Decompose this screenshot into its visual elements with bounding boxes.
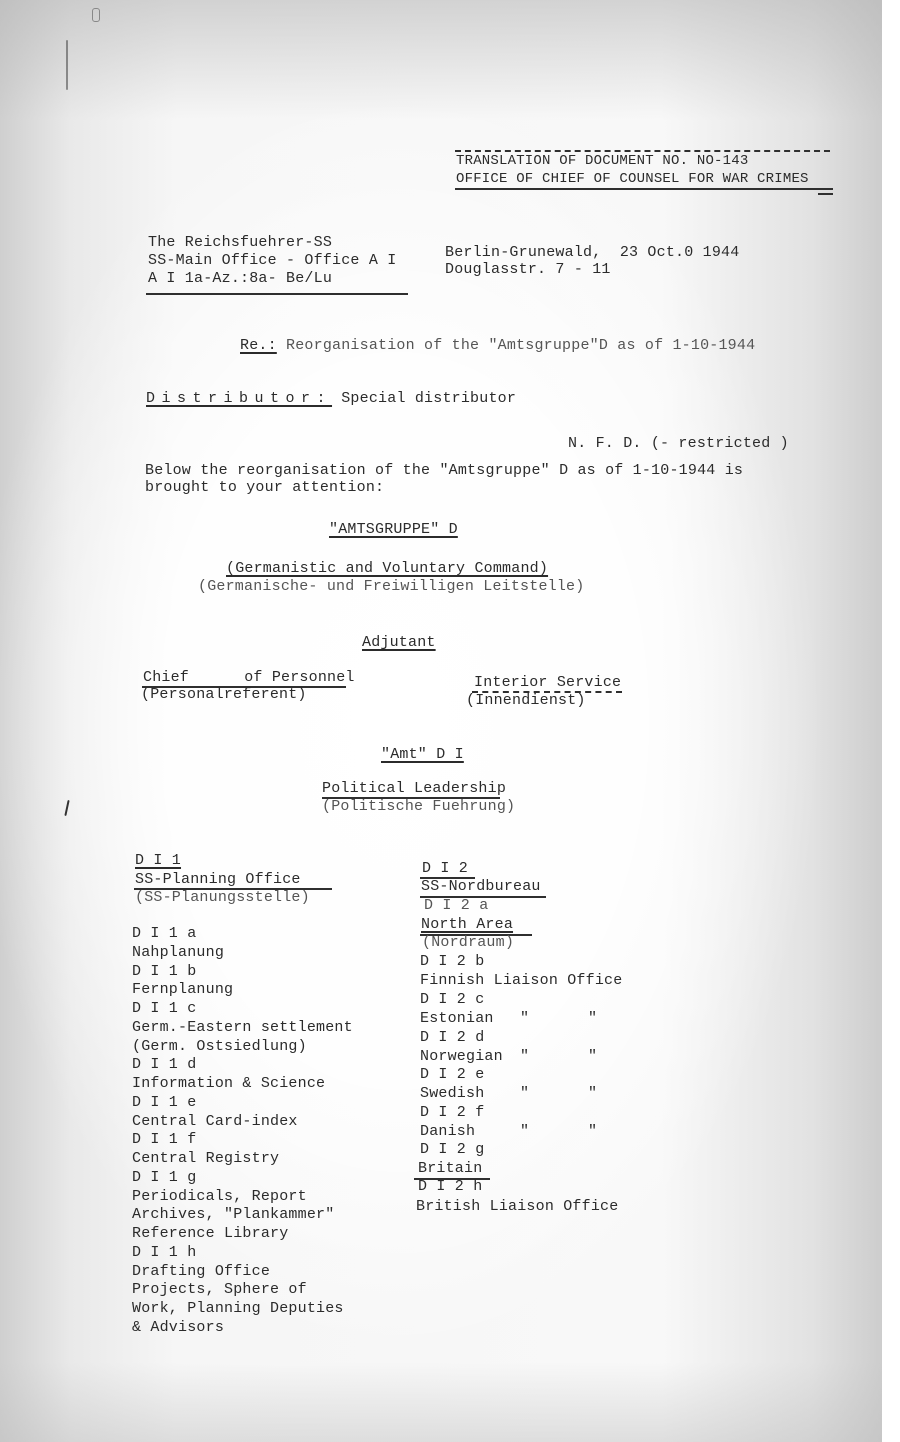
left-list-item: D I 1 c — [132, 1000, 196, 1018]
sender-line-1: The Reichsfuehrer-SS — [148, 234, 332, 252]
ditto-mark: " — [520, 1048, 529, 1066]
right-list-item: Danish — [420, 1123, 475, 1141]
left-list-item: Germ.-Eastern settlement — [132, 1019, 353, 1037]
left-list-item: Projects, Sphere of — [132, 1281, 307, 1299]
right-list-item: Norwegian — [420, 1048, 503, 1066]
sender-line-3: A I 1a-Az.:8a- Be/Lu — [148, 270, 332, 288]
ditto-mark: " — [588, 1123, 597, 1141]
left-list-item: (Germ. Ostsiedlung) — [132, 1038, 307, 1056]
right-head-code: D I 2 — [422, 860, 468, 878]
left-list-item: Central Card-index — [132, 1113, 298, 1131]
right-sub-code: D I 2 a — [424, 897, 488, 915]
left-list-item: D I 1 b — [132, 963, 196, 981]
left-list-item: D I 1 h — [132, 1244, 196, 1262]
stamp-bottom-rule — [455, 188, 833, 190]
right-sub-title: North Area — [421, 916, 513, 934]
ditto-mark: " — [520, 1010, 529, 1028]
left-list-item: D I 1 a — [132, 925, 196, 943]
left-list-item: Nahplanung — [132, 944, 224, 962]
punch-hole-mark — [92, 8, 100, 22]
stamp-tail-rule — [818, 193, 833, 195]
left-head-title: SS-Planning Office — [135, 871, 301, 889]
left-list-item: Fernplanung — [132, 981, 233, 999]
left-list-item: D I 1 e — [132, 1094, 196, 1112]
right-list-item: Swedish — [420, 1085, 484, 1103]
last-title: British Liaison Office — [416, 1198, 618, 1216]
britain-title: Britain — [418, 1160, 482, 1178]
left-list-item: & Advisors — [132, 1319, 224, 1337]
left-list-item: Reference Library — [132, 1225, 288, 1243]
last-code: D I 2 h — [418, 1178, 482, 1196]
classification: N. F. D. (- restricted ) — [568, 435, 789, 453]
distributor-line: Distributor: Special distributor — [146, 390, 516, 408]
place-date-line-1: Berlin-Grunewald, 23 Oct.0 1944 — [445, 244, 739, 262]
right-list-item: D I 2 f — [420, 1104, 484, 1122]
intro-line-2: brought to your attention: — [145, 479, 384, 497]
stamp-line-1: TRANSLATION OF DOCUMENT NO. NO-143 — [456, 152, 748, 170]
subject-line: Re.: Reorganisation of the "Amtsgruppe"D… — [240, 337, 755, 355]
amtsgruppe-subtitle-en: (Germanistic and Voluntary Command) — [226, 560, 548, 578]
britain-code: D I 2 g — [420, 1141, 484, 1159]
left-list-item: D I 1 g — [132, 1169, 196, 1187]
ditto-mark: " — [588, 1085, 597, 1103]
place-date-line-2: Douglasstr. 7 - 11 — [445, 261, 611, 279]
amt-subtitle-en: Political Leadership — [322, 780, 506, 798]
ditto-mark: " — [520, 1123, 529, 1141]
sender-underline — [146, 293, 408, 295]
adjutant-heading: Adjutant — [362, 634, 436, 652]
subject-label: Re.: — [240, 337, 277, 354]
right-list-item: D I 2 d — [420, 1029, 484, 1047]
right-sub-german: (Nordraum) — [422, 934, 514, 952]
left-head-code: D I 1 — [135, 852, 181, 870]
left-list-item: Information & Science — [132, 1075, 325, 1093]
right-head-title: SS-Nordbureau — [421, 878, 541, 896]
scan-mark — [66, 40, 68, 90]
left-list-item: Drafting Office — [132, 1263, 270, 1281]
distributor-label: Distributor: — [146, 390, 332, 407]
page-edge — [882, 0, 900, 1442]
ditto-mark: " — [588, 1010, 597, 1028]
subject-text: Reorganisation of the "Amtsgruppe"D as o… — [277, 337, 755, 354]
left-list-item: Periodicals, Report — [132, 1188, 307, 1206]
right-list-item: Estonian — [420, 1010, 494, 1028]
chief-personnel-title: Chief of Personnel — [143, 669, 355, 687]
amtsgruppe-title: "AMTSGRUPPE" D — [329, 521, 458, 539]
sender-line-2: SS-Main Office - Office A I — [148, 252, 396, 270]
intro-line-1: Below the reorganisation of the "Amtsgru… — [145, 462, 743, 480]
right-list-item: D I 2 e — [420, 1066, 484, 1084]
left-list-item: Archives, "Plankammer" — [132, 1206, 334, 1224]
right-list-item: D I 2 c — [420, 991, 484, 1009]
left-list-item: D I 1 f — [132, 1131, 196, 1149]
right-list-item: Finnish Liaison Office — [420, 972, 622, 990]
left-list-item: Central Registry — [132, 1150, 279, 1168]
ditto-mark: " — [520, 1085, 529, 1103]
left-list-item: Work, Planning Deputies — [132, 1300, 344, 1318]
distributor-text: Special distributor — [332, 390, 516, 407]
chief-personnel-german: (Personalreferent) — [141, 686, 307, 704]
left-list-item: D I 1 d — [132, 1056, 196, 1074]
stamp-line-2: OFFICE OF CHIEF OF COUNSEL FOR WAR CRIME… — [456, 170, 809, 188]
left-head-german: (SS-Planungsstelle) — [135, 889, 310, 907]
interior-service-title: Interior Service — [474, 674, 621, 692]
amt-subtitle-de: (Politische Fuehrung) — [322, 798, 515, 816]
interior-service-german: (Innendienst) — [466, 692, 586, 710]
ditto-mark: " — [588, 1048, 597, 1066]
amt-title: "Amt" D I — [381, 746, 464, 764]
right-list-item: D I 2 b — [420, 953, 484, 971]
amtsgruppe-subtitle-de: (Germanische- und Freiwilligen Leitstell… — [198, 578, 584, 596]
